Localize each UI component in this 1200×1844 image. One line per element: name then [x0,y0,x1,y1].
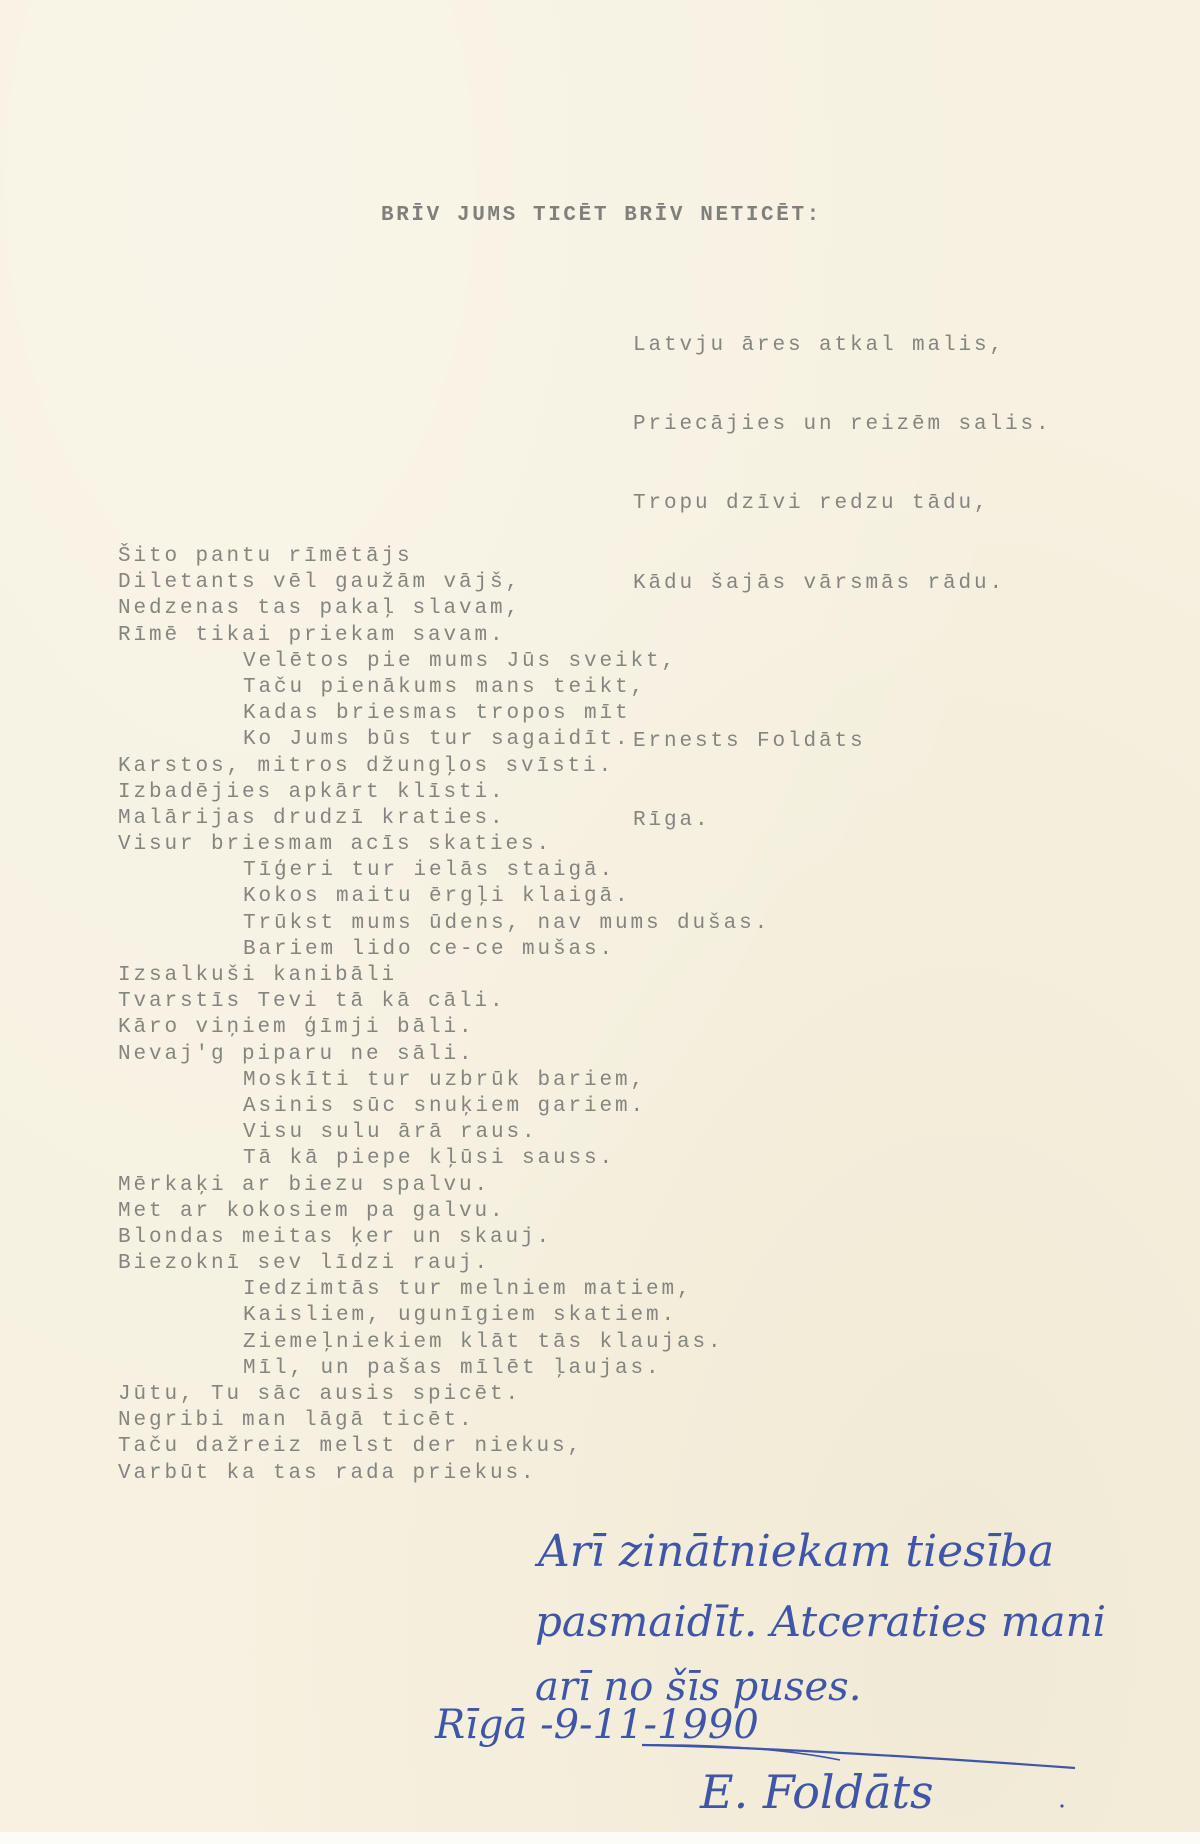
poem-line: Taču dažreiz melst der niekus, [118,1434,770,1460]
poem-line: Moskīti tur uzbrūk bariem, [118,1068,770,1094]
epigraph-line: Latvju āres atkal malis, [633,333,1052,359]
poem-line: Kāro viņiem ģīmji bāli. [118,1015,770,1041]
poem-line: Kadas briesmas tropos mīt [118,701,770,727]
poem-line: Jūtu, Tu sāc ausis spicēt. [118,1382,770,1408]
poem-line: Mērkaķi ar biezu spalvu. [118,1173,770,1199]
poem-line: Met ar kokosiem pa galvu. [118,1199,770,1225]
poem-line: Karstos, mitros džungļos svīsti. [118,754,770,780]
poem-line: Iedzimtās tur melniem matiem, [118,1277,770,1303]
poem-line: Negribi man lāgā ticēt. [118,1408,770,1434]
poem-line: Ziemeļniekiem klāt tās klaujas. [118,1330,770,1356]
handwritten-signature: E. Foldāts [699,1765,934,1819]
epigraph-line: Priecājies un reizēm salis. [633,412,1052,438]
poem-line: Mīl, un pašas mīlēt ļaujas. [118,1356,770,1382]
poem-line: Diletants vēl gaužām vājš, [118,570,770,596]
poem-title: BRĪV JUMS TICĒT BRĪV NETICĒT: [381,203,822,229]
poem-line: Šito pantu rīmētājs [118,544,770,570]
handwritten-line: Arī zinātniekam tiesība [534,1526,1054,1577]
poem-line: Kaisliem, ugunīgiem skatiem. [118,1303,770,1329]
poem-line: Visur briesmam acīs skaties. [118,832,770,858]
poem-line: Tā kā piepe kļūsi sauss. [118,1146,770,1172]
paper-sheet: BRĪV JUMS TICĒT BRĪV NETICĒT: Latvju āre… [0,0,1200,1832]
poem-line: Tvarstīs Tevi tā kā cāli. [118,989,770,1015]
handwritten-line: pasmaidīt. Atceraties mani [535,1597,1106,1646]
poem-line: Visu sulu ārā raus. [118,1120,770,1146]
poem-line: Malārijas drudzī kraties. [118,806,770,832]
poem-line: Blondas meitas ķer un skauj. [118,1225,770,1251]
poem-line: Nevaj'g piparu ne sāli. [118,1042,770,1068]
poem-line: Trūkst mums ūdens, nav mums dušas. [118,911,770,937]
poem-line: Nedzenas tas pakaļ slavam, [118,596,770,622]
poem-line: Taču pienākums mans teikt, [118,675,770,701]
poem-line: Kokos maitu ērgļi klaigā. [118,884,770,910]
signature-underline [642,1745,1075,1768]
poem-line: Izbadējies apkārt klīsti. [118,780,770,806]
poem-line: Biezoknī sev līdzi rauj. [118,1251,770,1277]
poem-line: Velētos pie mums Jūs sveikt, [118,649,770,675]
poem-line: Tīģeri tur ielās staigā. [118,858,770,884]
poem-body: Šito pantu rīmētājsDiletants vēl gaužām … [118,544,770,1487]
poem-line: Bariem lido ce-ce mušas. [118,937,770,963]
poem-line: Varbūt ka tas rada priekus. [118,1461,770,1487]
poem-line: Ko Jums būs tur sagaidīt. [118,727,770,753]
poem-line: Asinis sūc snuķiem gariem. [118,1094,770,1120]
handwritten-line: arī no šīs puses. [535,1664,861,1710]
handwritten-place-date: Rīgā -9-11-1990 [434,1702,759,1748]
poem-line: Izsalkuši kanibāli [118,963,770,989]
poem-line: Rīmē tikai priekam savam. [118,623,770,649]
signature-stroke [642,1745,840,1760]
ink-dot [1060,1804,1063,1807]
epigraph-line: Tropu dzīvi redzu tādu, [633,491,1052,517]
